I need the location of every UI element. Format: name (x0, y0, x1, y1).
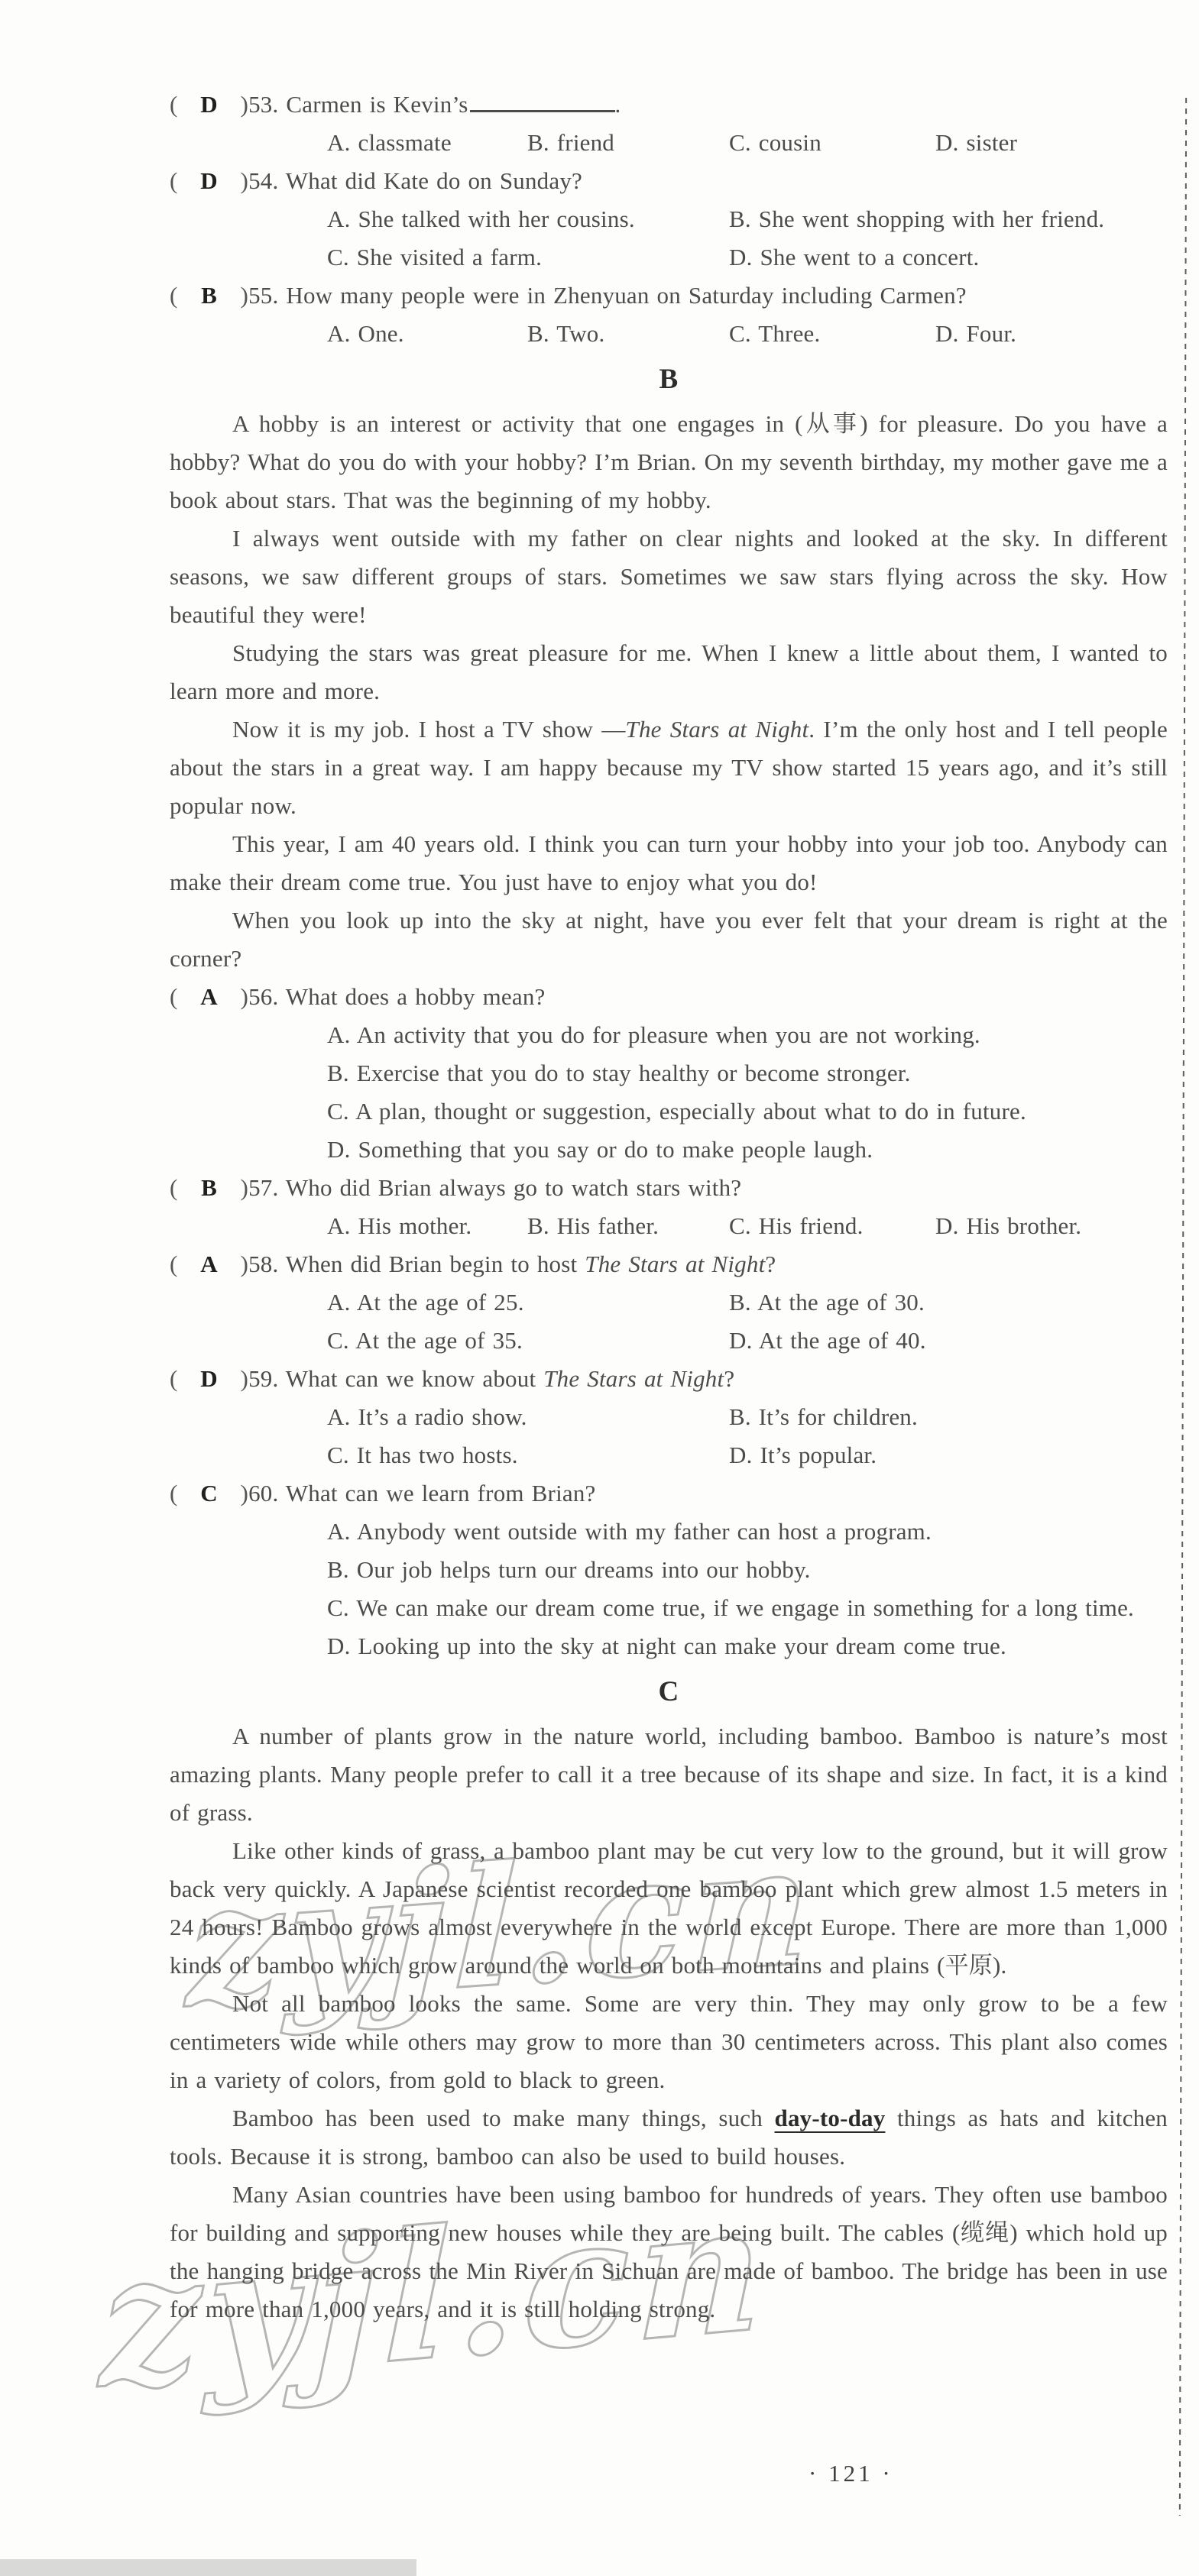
answer-bracket-open: ( (170, 1360, 178, 1398)
answer-bracket-open: ( (170, 86, 178, 124)
question-58-stem-tail: ? (765, 1251, 776, 1277)
answer-bracket-close: ) (241, 1474, 249, 1513)
passage-b-paragraph-1: A hobby is an interest or activity that … (170, 405, 1168, 519)
answer-bracket-open: ( (170, 1474, 178, 1513)
passage-c-paragraph-4: Bamboo has been used to make many things… (170, 2099, 1168, 2176)
tv-show-title-italic: The Stars at Night (543, 1365, 724, 1392)
answer-letter-56: A (178, 978, 241, 1016)
answer-bracket-close: ) (241, 1245, 249, 1283)
fill-in-blank (470, 103, 615, 112)
answer-bracket-close: ) (241, 1169, 249, 1207)
answer-bracket-close: ) (241, 277, 249, 315)
option-56-c: C. A plan, thought or suggestion, especi… (170, 1092, 1168, 1131)
option-56-d: D. Something that you say or do to make … (170, 1131, 1168, 1169)
passage-b-paragraph-3: Studying the stars was great pleasure fo… (170, 634, 1168, 710)
option-53-a: A. classmate (327, 124, 452, 162)
question-58-options-row-1: A. At the age of 25. B. At the age of 30… (170, 1283, 1168, 1322)
answer-bracket-open: ( (170, 1169, 178, 1207)
option-59-c: C. It has two hosts. (327, 1436, 518, 1474)
passage-c-paragraph-2: Like other kinds of grass, a bamboo plan… (170, 1832, 1168, 1985)
question-54-options-row-1: A. She talked with her cousins. B. She w… (170, 200, 1168, 238)
question-54-options-row-2: C. She visited a farm. D. She went to a … (170, 238, 1168, 277)
answer-letter-57: B (178, 1169, 241, 1207)
passage-b-paragraph-5: This year, I am 40 years old. I think yo… (170, 825, 1168, 901)
paragraph-text: Now it is my job. I host a TV show — (232, 716, 626, 743)
question-59: (D)59. What can we know about The Stars … (170, 1360, 1168, 1398)
question-56-stem: 56. What does a hobby mean? (248, 983, 545, 1010)
passage-b-paragraph-6: When you look up into the sky at night, … (170, 901, 1168, 978)
passage-b: A hobby is an interest or activity that … (170, 405, 1168, 978)
option-60-d: D. Looking up into the sky at night can … (170, 1627, 1168, 1665)
question-58: (A)58. When did Brian begin to host The … (170, 1245, 1168, 1283)
question-60-stem: 60. What can we learn from Brian? (248, 1480, 595, 1506)
answer-bracket-close: ) (241, 1360, 249, 1398)
option-58-a: A. At the age of 25. (327, 1283, 524, 1322)
answer-letter-60: C (178, 1474, 241, 1513)
question-53-options: A. classmate B. friend C. cousin D. sist… (170, 124, 1168, 162)
question-59-stem-tail: ? (724, 1365, 734, 1392)
question-60: (C)60. What can we learn from Brian? (170, 1474, 1168, 1513)
question-53: (D)53. Carmen is Kevin’s. (170, 86, 1168, 124)
answer-letter-55: B (178, 277, 241, 315)
option-55-c: C. Three. (729, 315, 820, 353)
question-56: (A)56. What does a hobby mean? (170, 978, 1168, 1016)
question-57-options: A. His mother. B. His father. C. His fri… (170, 1207, 1168, 1245)
answer-bracket-open: ( (170, 1245, 178, 1283)
answer-bracket-open: ( (170, 277, 178, 315)
option-58-d: D. At the age of 40. (729, 1322, 926, 1360)
section-c-heading: C (170, 1670, 1168, 1714)
passage-c-paragraph-5: Many Asian countries have been using bam… (170, 2176, 1168, 2328)
option-54-c: C. She visited a farm. (327, 238, 542, 277)
option-57-b: B. His father. (527, 1207, 659, 1245)
passage-c: A number of plants grow in the nature wo… (170, 1717, 1168, 2328)
option-54-b: B. She went shopping with her friend. (729, 200, 1104, 238)
question-54-stem: 54. What did Kate do on Sunday? (248, 167, 582, 194)
page-content: (D)53. Carmen is Kevin’s. A. classmate B… (170, 86, 1168, 2328)
question-58-stem: 58. When did Brian begin to host (248, 1251, 585, 1277)
question-55-options: A. One. B. Two. C. Three. D. Four. (170, 315, 1168, 353)
option-57-a: A. His mother. (327, 1207, 471, 1245)
question-57: (B)57. Who did Brian always go to watch … (170, 1169, 1168, 1207)
option-55-a: A. One. (327, 315, 404, 353)
answer-letter-58: A (178, 1245, 241, 1283)
option-54-a: A. She talked with her cousins. (327, 200, 635, 238)
scanned-exam-page: zyjl.cn zyjl.cn (D)53. Carmen is Kevin’s… (0, 0, 1199, 2576)
question-58-options-row-2: C. At the age of 35. D. At the age of 40… (170, 1322, 1168, 1360)
question-54: (D)54. What did Kate do on Sunday? (170, 162, 1168, 200)
question-59-options-row-1: A. It’s a radio show. B. It’s for childr… (170, 1398, 1168, 1436)
option-58-b: B. At the age of 30. (729, 1283, 925, 1322)
question-55-stem: 55. How many people were in Zhenyuan on … (248, 282, 967, 309)
option-55-b: B. Two. (527, 315, 604, 353)
passage-c-paragraph-3: Not all bamboo looks the same. Some are … (170, 1985, 1168, 2099)
answer-letter-53: D (178, 86, 241, 124)
question-59-stem: 59. What can we know about (248, 1365, 543, 1392)
option-59-d: D. It’s popular. (729, 1436, 877, 1474)
option-56-b: B. Exercise that you do to stay healthy … (170, 1054, 1168, 1092)
answer-letter-54: D (178, 162, 241, 200)
option-53-c: C. cousin (729, 124, 821, 162)
option-53-d: D. sister (935, 124, 1017, 162)
option-57-d: D. His brother. (935, 1207, 1081, 1245)
passage-b-paragraph-2: I always went outside with my father on … (170, 519, 1168, 634)
option-60-b: B. Our job helps turn our dreams into ou… (170, 1551, 1168, 1589)
option-56-a: A. An activity that you do for pleasure … (170, 1016, 1168, 1054)
answer-bracket-open: ( (170, 978, 178, 1016)
tv-show-title-italic: The Stars at Night (626, 716, 809, 743)
option-60-c: C. We can make our dream come true, if w… (170, 1589, 1168, 1627)
paragraph-text: Bamboo has been used to make many things… (232, 2105, 775, 2131)
option-54-d: D. She went to a concert. (729, 238, 979, 277)
answer-bracket-open: ( (170, 162, 178, 200)
answer-bracket-close: ) (241, 162, 249, 200)
passage-b-paragraph-4: Now it is my job. I host a TV show —The … (170, 710, 1168, 825)
option-60-a: A. Anybody went outside with my father c… (170, 1513, 1168, 1551)
day-to-day-bold-underline: day-to-day (775, 2105, 886, 2131)
page-number: · 121 · (809, 2460, 893, 2487)
passage-c-paragraph-1: A number of plants grow in the nature wo… (170, 1717, 1168, 1832)
answer-bracket-close: ) (241, 86, 249, 124)
question-53-stem-tail: . (615, 91, 621, 118)
section-b-heading: B (170, 358, 1168, 402)
question-55: (B)55. How many people were in Zhenyuan … (170, 277, 1168, 315)
option-53-b: B. friend (527, 124, 614, 162)
option-59-b: B. It’s for children. (729, 1398, 918, 1436)
option-57-c: C. His friend. (729, 1207, 864, 1245)
question-53-stem: 53. Carmen is Kevin’s (248, 91, 468, 118)
question-59-options-row-2: C. It has two hosts. D. It’s popular. (170, 1436, 1168, 1474)
tv-show-title-italic: The Stars at Night (585, 1251, 765, 1277)
answer-letter-59: D (178, 1360, 241, 1398)
option-55-d: D. Four. (935, 315, 1016, 353)
answer-bracket-close: ) (241, 978, 249, 1016)
question-57-stem: 57. Who did Brian always go to watch sta… (248, 1174, 741, 1201)
page-edge-dashed-line (1179, 98, 1187, 2516)
option-59-a: A. It’s a radio show. (327, 1398, 527, 1436)
option-58-c: C. At the age of 35. (327, 1322, 523, 1360)
scan-artifact-bar (0, 2559, 416, 2576)
